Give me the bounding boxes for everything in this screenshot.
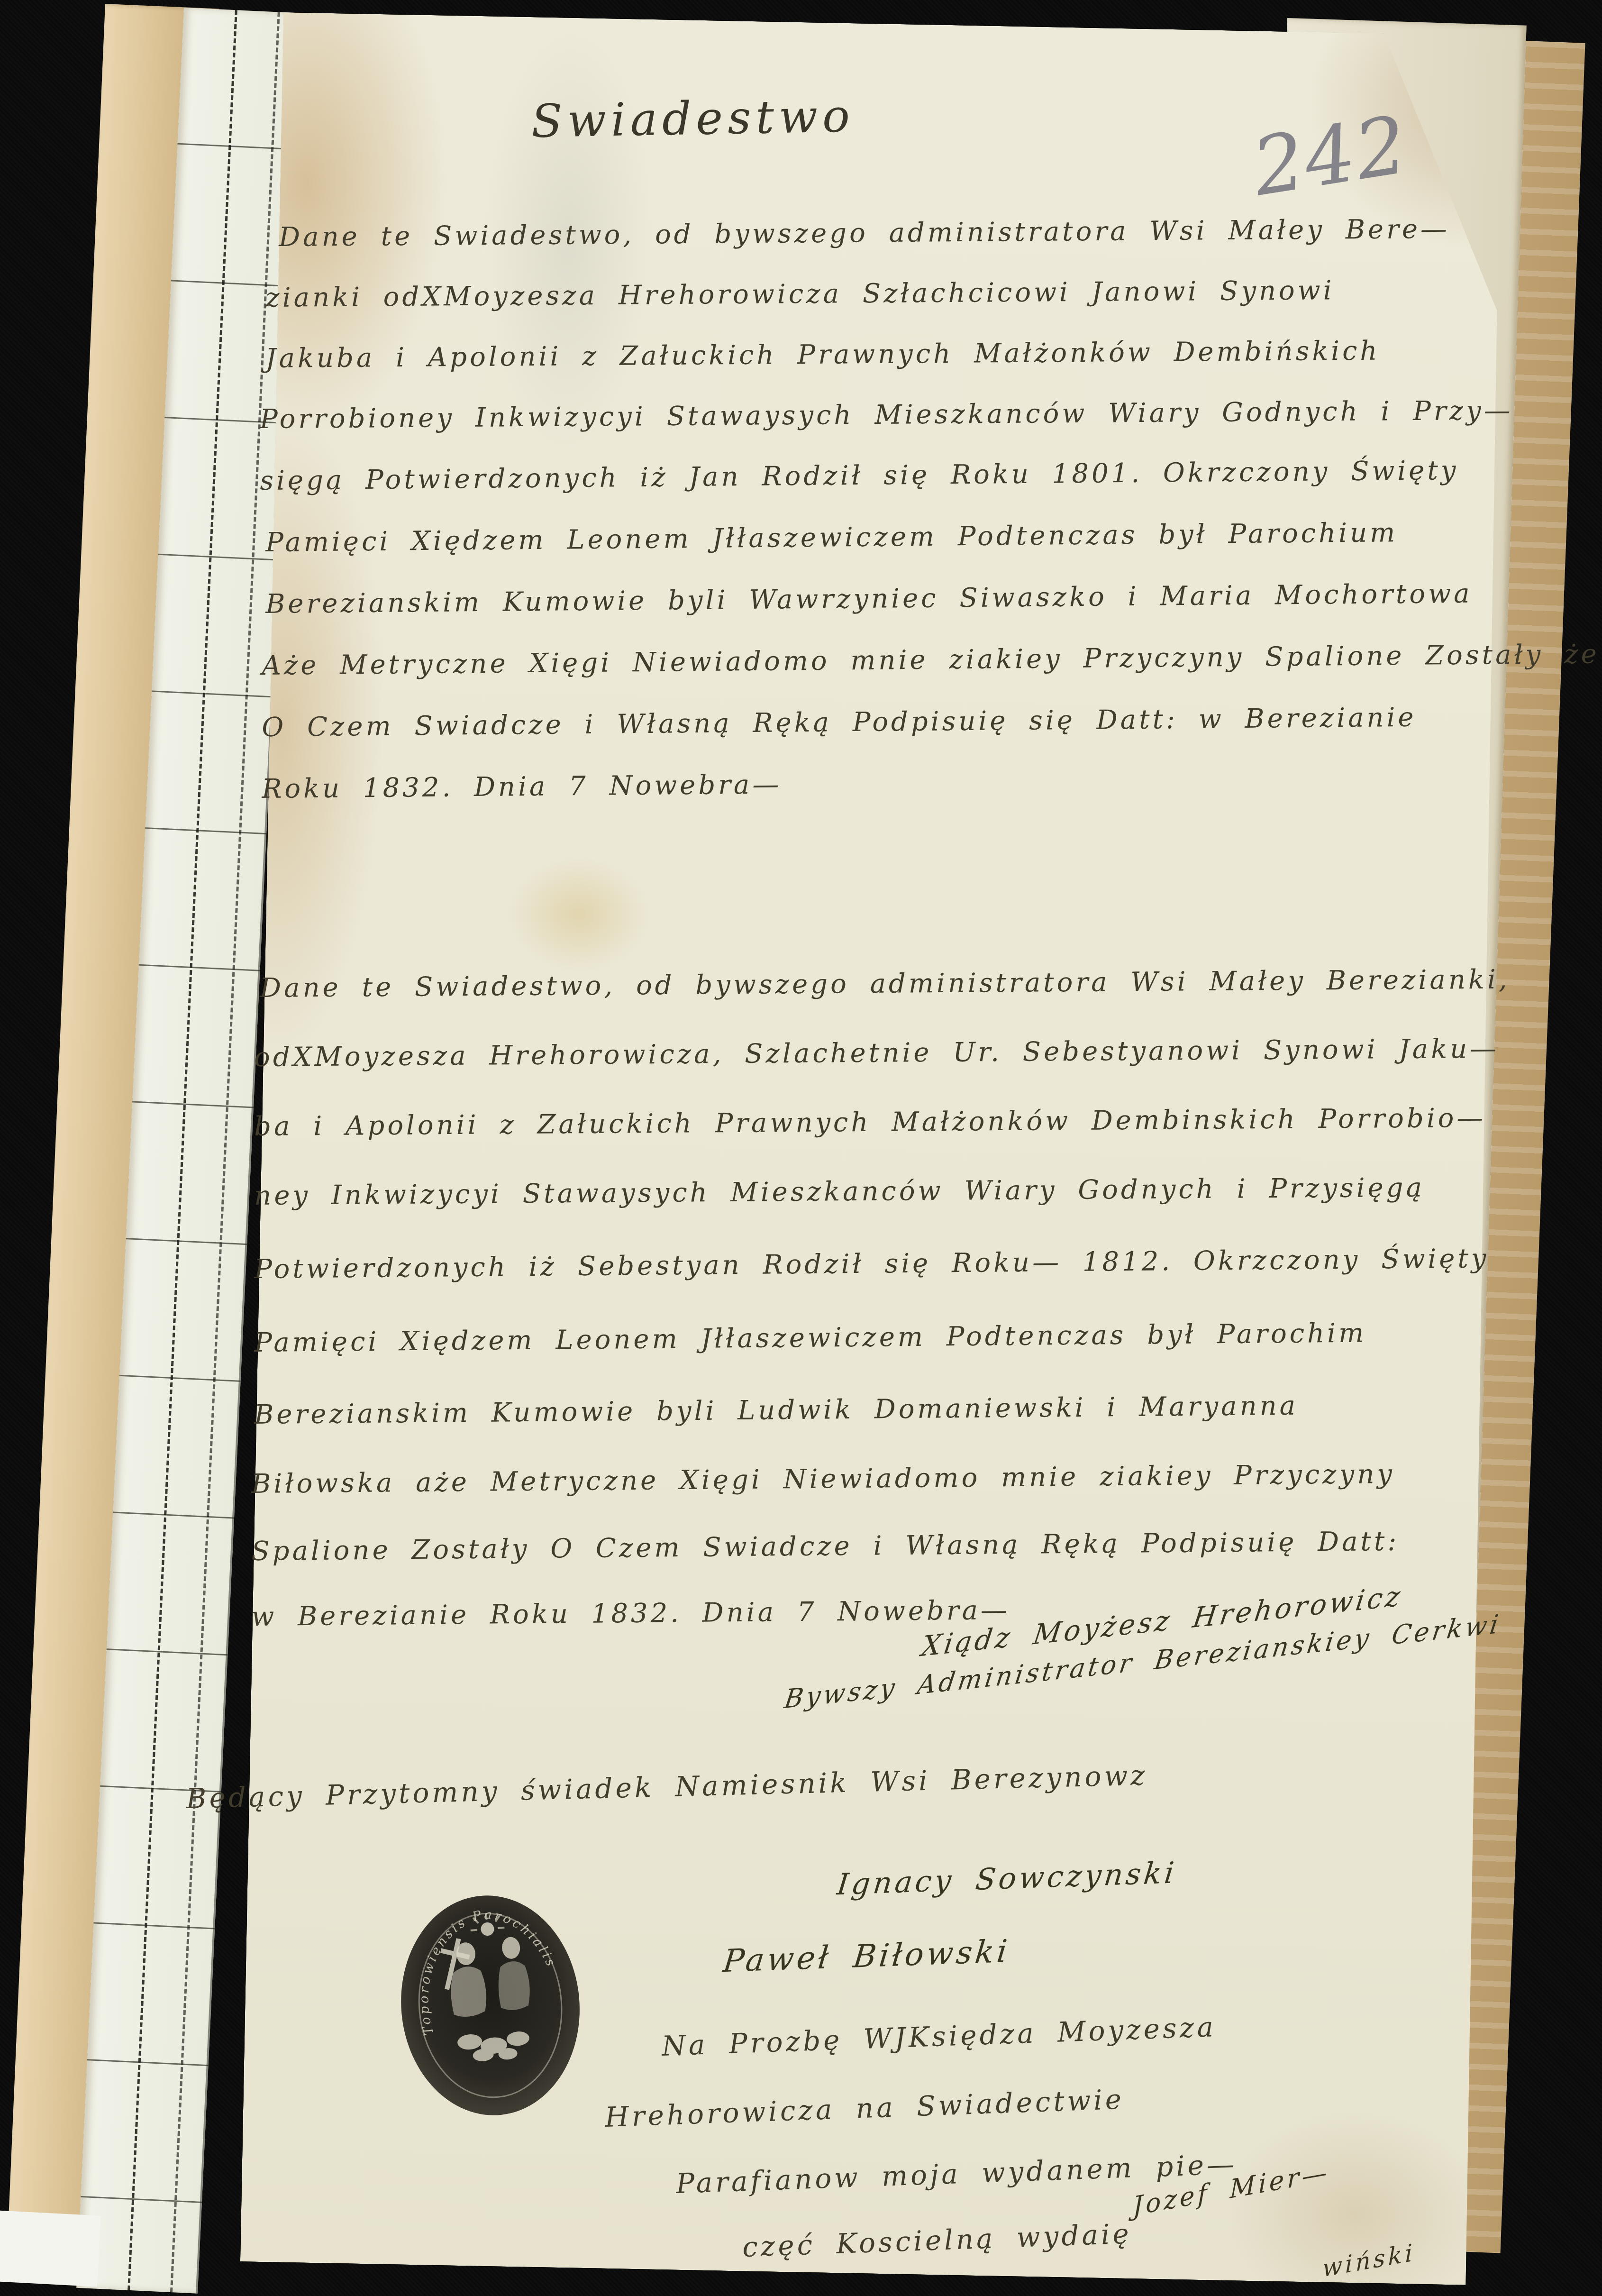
- document-page: [240, 12, 1516, 2285]
- paper-fragment-bottom-left: [0, 2210, 101, 2287]
- scanned-document-photo: Swiadestwo 242 Dane te Swiadestwo, od by…: [0, 0, 1602, 2296]
